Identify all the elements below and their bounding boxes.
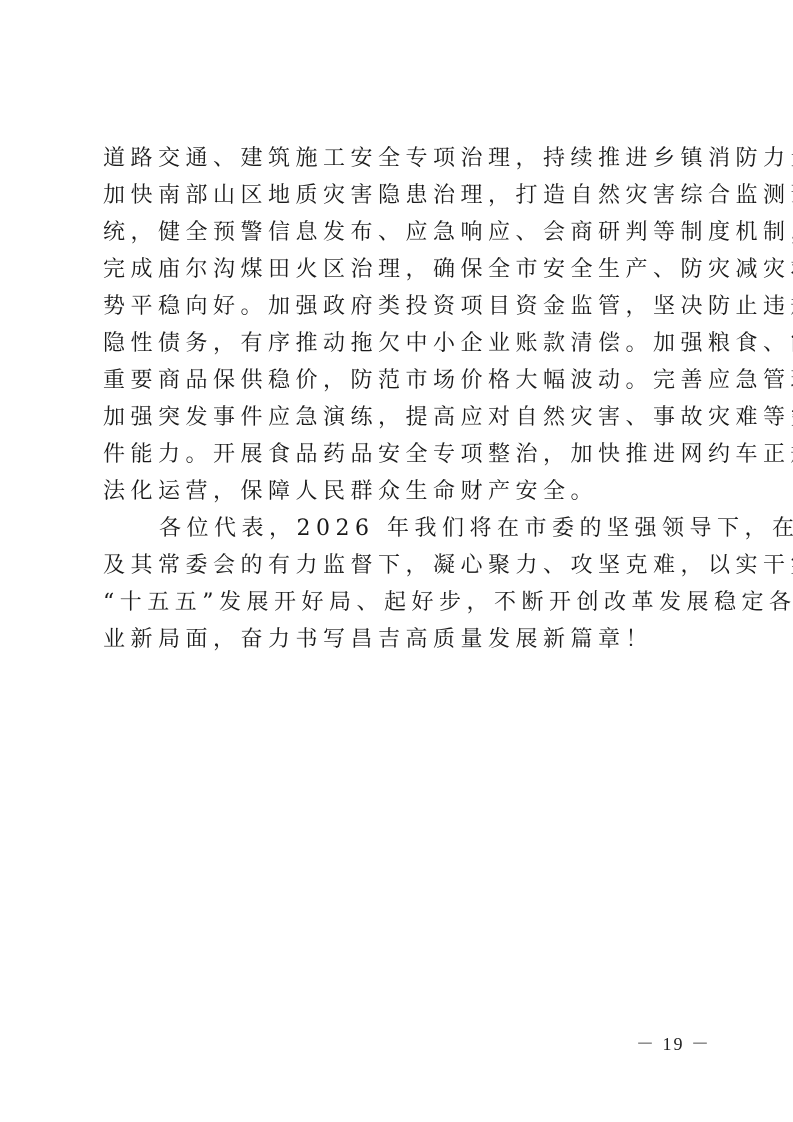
text-line: 加强突发事件应急演练，提高应对自然灾害、事故灾难等突发事	[103, 399, 703, 436]
text-line: 完成庙尔沟煤田火区治理，确保全市安全生产、防灾减灾救灾形	[103, 251, 703, 288]
body-text: 道路交通、建筑施工安全专项治理，持续推进乡镇消防力量建设， 加快南部山区地质灾害…	[103, 140, 703, 658]
text-line: 各位代表，2026 年我们将在市委的坚强领导下，在市人大	[103, 510, 703, 547]
page-number: － 19 －	[636, 1030, 711, 1056]
text-line: 重要商品保供稳价，防范市场价格大幅波动。完善应急管理体系，	[103, 362, 703, 399]
text-line: 势平稳向好。加强政府类投资项目资金监管，坚决防止违规新增	[103, 288, 703, 325]
text-line: 及其常委会的有力监督下，凝心聚力、攻坚克难，以实干实绩为	[103, 547, 703, 584]
text-line: 业新局面，奋力书写昌吉高质量发展新篇章！	[103, 621, 703, 658]
document-page: 道路交通、建筑施工安全专项治理，持续推进乡镇消防力量建设， 加快南部山区地质灾害…	[0, 0, 793, 1122]
text-line: 件能力。开展食品药品安全专项整治，加快推进网约车正规化合	[103, 436, 703, 473]
text-line: “十五五”发展开好局、起好步，不断开创改革发展稳定各项事	[103, 584, 703, 621]
text-line: 加快南部山区地质灾害隐患治理，打造自然灾害综合监测预警系	[103, 177, 703, 214]
text-line: 法化运营，保障人民群众生命财产安全。	[103, 473, 703, 510]
text-line: 统，健全预警信息发布、应急响应、会商研判等制度机制，全面	[103, 214, 703, 251]
paragraph-closing-remarks: 各位代表，2026 年我们将在市委的坚强领导下，在市人大 及其常委会的有力监督下…	[103, 510, 703, 658]
text-line: 道路交通、建筑施工安全专项治理，持续推进乡镇消防力量建设，	[103, 140, 703, 177]
text-line: 隐性债务，有序推动拖欠中小企业账款清偿。加强粮食、能源等	[103, 325, 703, 362]
paragraph-safety-measures: 道路交通、建筑施工安全专项治理，持续推进乡镇消防力量建设， 加快南部山区地质灾害…	[103, 140, 703, 510]
